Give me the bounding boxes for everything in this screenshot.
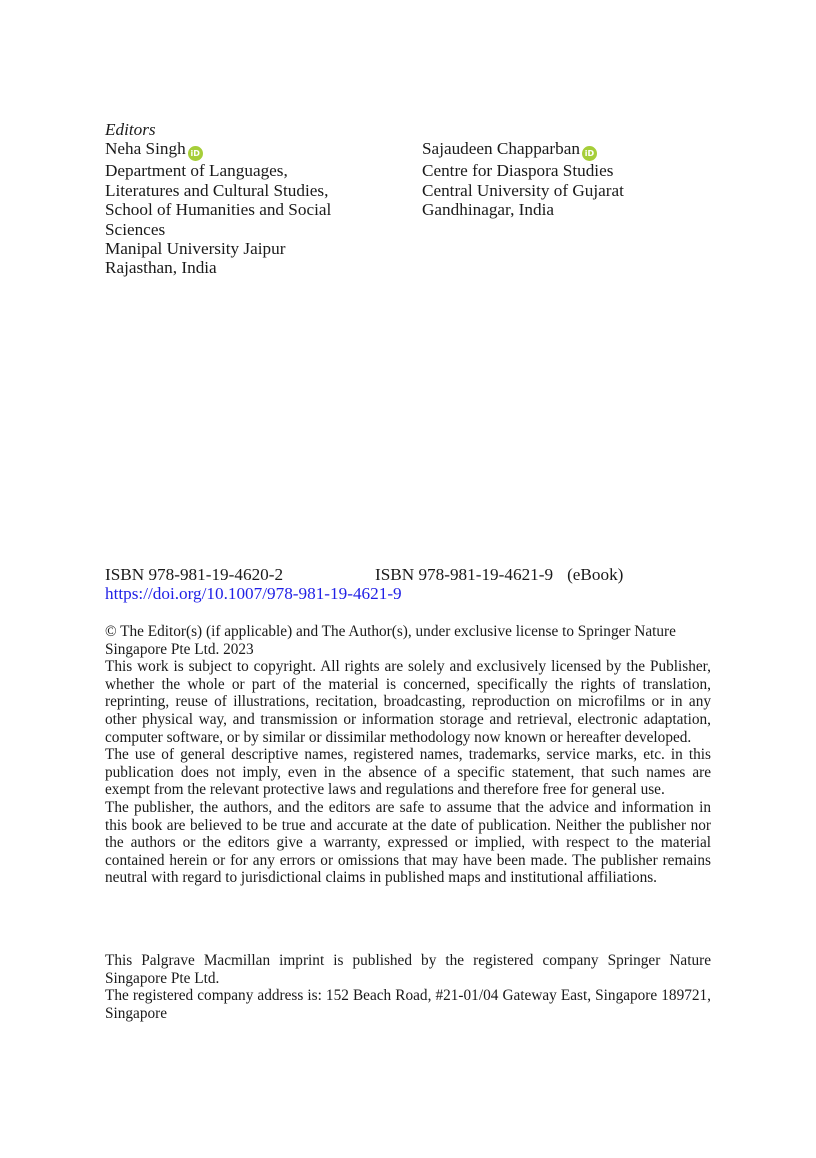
editor-name: Neha Singh bbox=[105, 139, 186, 158]
affiliation-line: Gandhinagar, India bbox=[422, 200, 722, 219]
editor-neha-singh: Neha SinghiD Department of Languages, Li… bbox=[105, 139, 375, 277]
orcid-icon[interactable]: iD bbox=[188, 146, 203, 161]
affiliation-line: Central University of Gujarat bbox=[422, 181, 722, 200]
editor-name-line: Neha SinghiD bbox=[105, 139, 375, 161]
names-statement: The use of general descriptive names, re… bbox=[105, 746, 711, 799]
registered-address: The registered company address is: 152 B… bbox=[105, 987, 711, 1022]
doi-link[interactable]: https://doi.org/10.1007/978-981-19-4621-… bbox=[105, 584, 402, 603]
rights-statement: This work is subject to copyright. All r… bbox=[105, 658, 711, 746]
disclaimer-statement: The publisher, the authors, and the edit… bbox=[105, 799, 711, 887]
affiliation-line: Centre for Diaspora Studies bbox=[422, 161, 722, 180]
imprint-statement: This Palgrave Macmillan imprint is publi… bbox=[105, 952, 711, 987]
editor-name: Sajaudeen Chapparban bbox=[422, 139, 580, 158]
affiliation-line: Manipal University Jaipur bbox=[105, 239, 375, 258]
editor-sajaudeen-chapparban: Sajaudeen ChapparbaniD Centre for Diaspo… bbox=[422, 139, 722, 219]
imprint-section: This Palgrave Macmillan imprint is publi… bbox=[105, 952, 711, 1022]
isbn-section: ISBN 978-981-19-4620-2ISBN 978-981-19-46… bbox=[105, 565, 725, 604]
copyright-notice: © The Editor(s) (if applicable) and The … bbox=[105, 623, 705, 658]
isbn-ebook-tag: (eBook) bbox=[567, 565, 623, 584]
isbn-ebook: ISBN 978-981-19-4621-9 bbox=[375, 565, 553, 584]
affiliation-line: School of Humanities and Social bbox=[105, 200, 375, 219]
editors-section: Editors Neha SinghiD Department of Langu… bbox=[105, 120, 725, 139]
affiliation-line: Rajasthan, India bbox=[105, 258, 375, 277]
editors-label: Editors bbox=[105, 120, 725, 139]
orcid-icon[interactable]: iD bbox=[582, 146, 597, 161]
isbn-print: ISBN 978-981-19-4620-2 bbox=[105, 565, 375, 584]
affiliation-line: Department of Languages, bbox=[105, 161, 375, 180]
affiliation-line: Literatures and Cultural Studies, bbox=[105, 181, 375, 200]
legal-section: © The Editor(s) (if applicable) and The … bbox=[105, 623, 711, 887]
affiliation-line: Sciences bbox=[105, 220, 375, 239]
editor-name-line: Sajaudeen ChapparbaniD bbox=[422, 139, 722, 161]
isbn-row: ISBN 978-981-19-4620-2ISBN 978-981-19-46… bbox=[105, 565, 725, 584]
